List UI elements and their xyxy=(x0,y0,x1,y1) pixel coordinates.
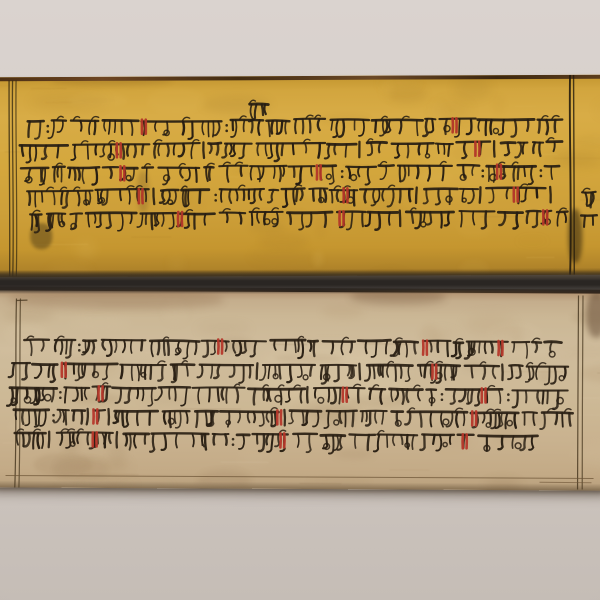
folio-gap-shadow xyxy=(0,270,600,294)
bottom-folio xyxy=(0,286,600,490)
ruling-lines xyxy=(5,292,594,490)
text-line xyxy=(15,429,538,455)
marginal-gloss xyxy=(581,215,597,227)
marginal-gloss xyxy=(582,188,596,207)
ruling-line xyxy=(12,80,14,276)
ruling-line xyxy=(573,75,574,275)
text-line xyxy=(14,406,573,430)
ruling-line xyxy=(19,299,21,488)
ruling-line xyxy=(6,475,594,478)
top-folio xyxy=(0,75,600,278)
text-line xyxy=(9,359,569,385)
ruling-line xyxy=(577,295,578,489)
text-line xyxy=(20,138,562,163)
ink-marks xyxy=(0,75,600,278)
ink-marks xyxy=(0,286,600,490)
text-line xyxy=(24,335,561,361)
manuscript-photograph xyxy=(0,0,600,600)
text-line xyxy=(7,382,568,409)
ruling-line xyxy=(569,75,571,275)
ruling-line xyxy=(9,80,10,276)
ruling-line xyxy=(582,295,583,489)
text-line xyxy=(27,184,551,208)
text-line xyxy=(30,207,567,233)
ruling-line xyxy=(540,482,592,483)
text-line xyxy=(28,114,563,140)
text-line xyxy=(21,161,559,187)
marginal-gloss xyxy=(249,100,269,121)
ruling-line xyxy=(15,80,17,276)
